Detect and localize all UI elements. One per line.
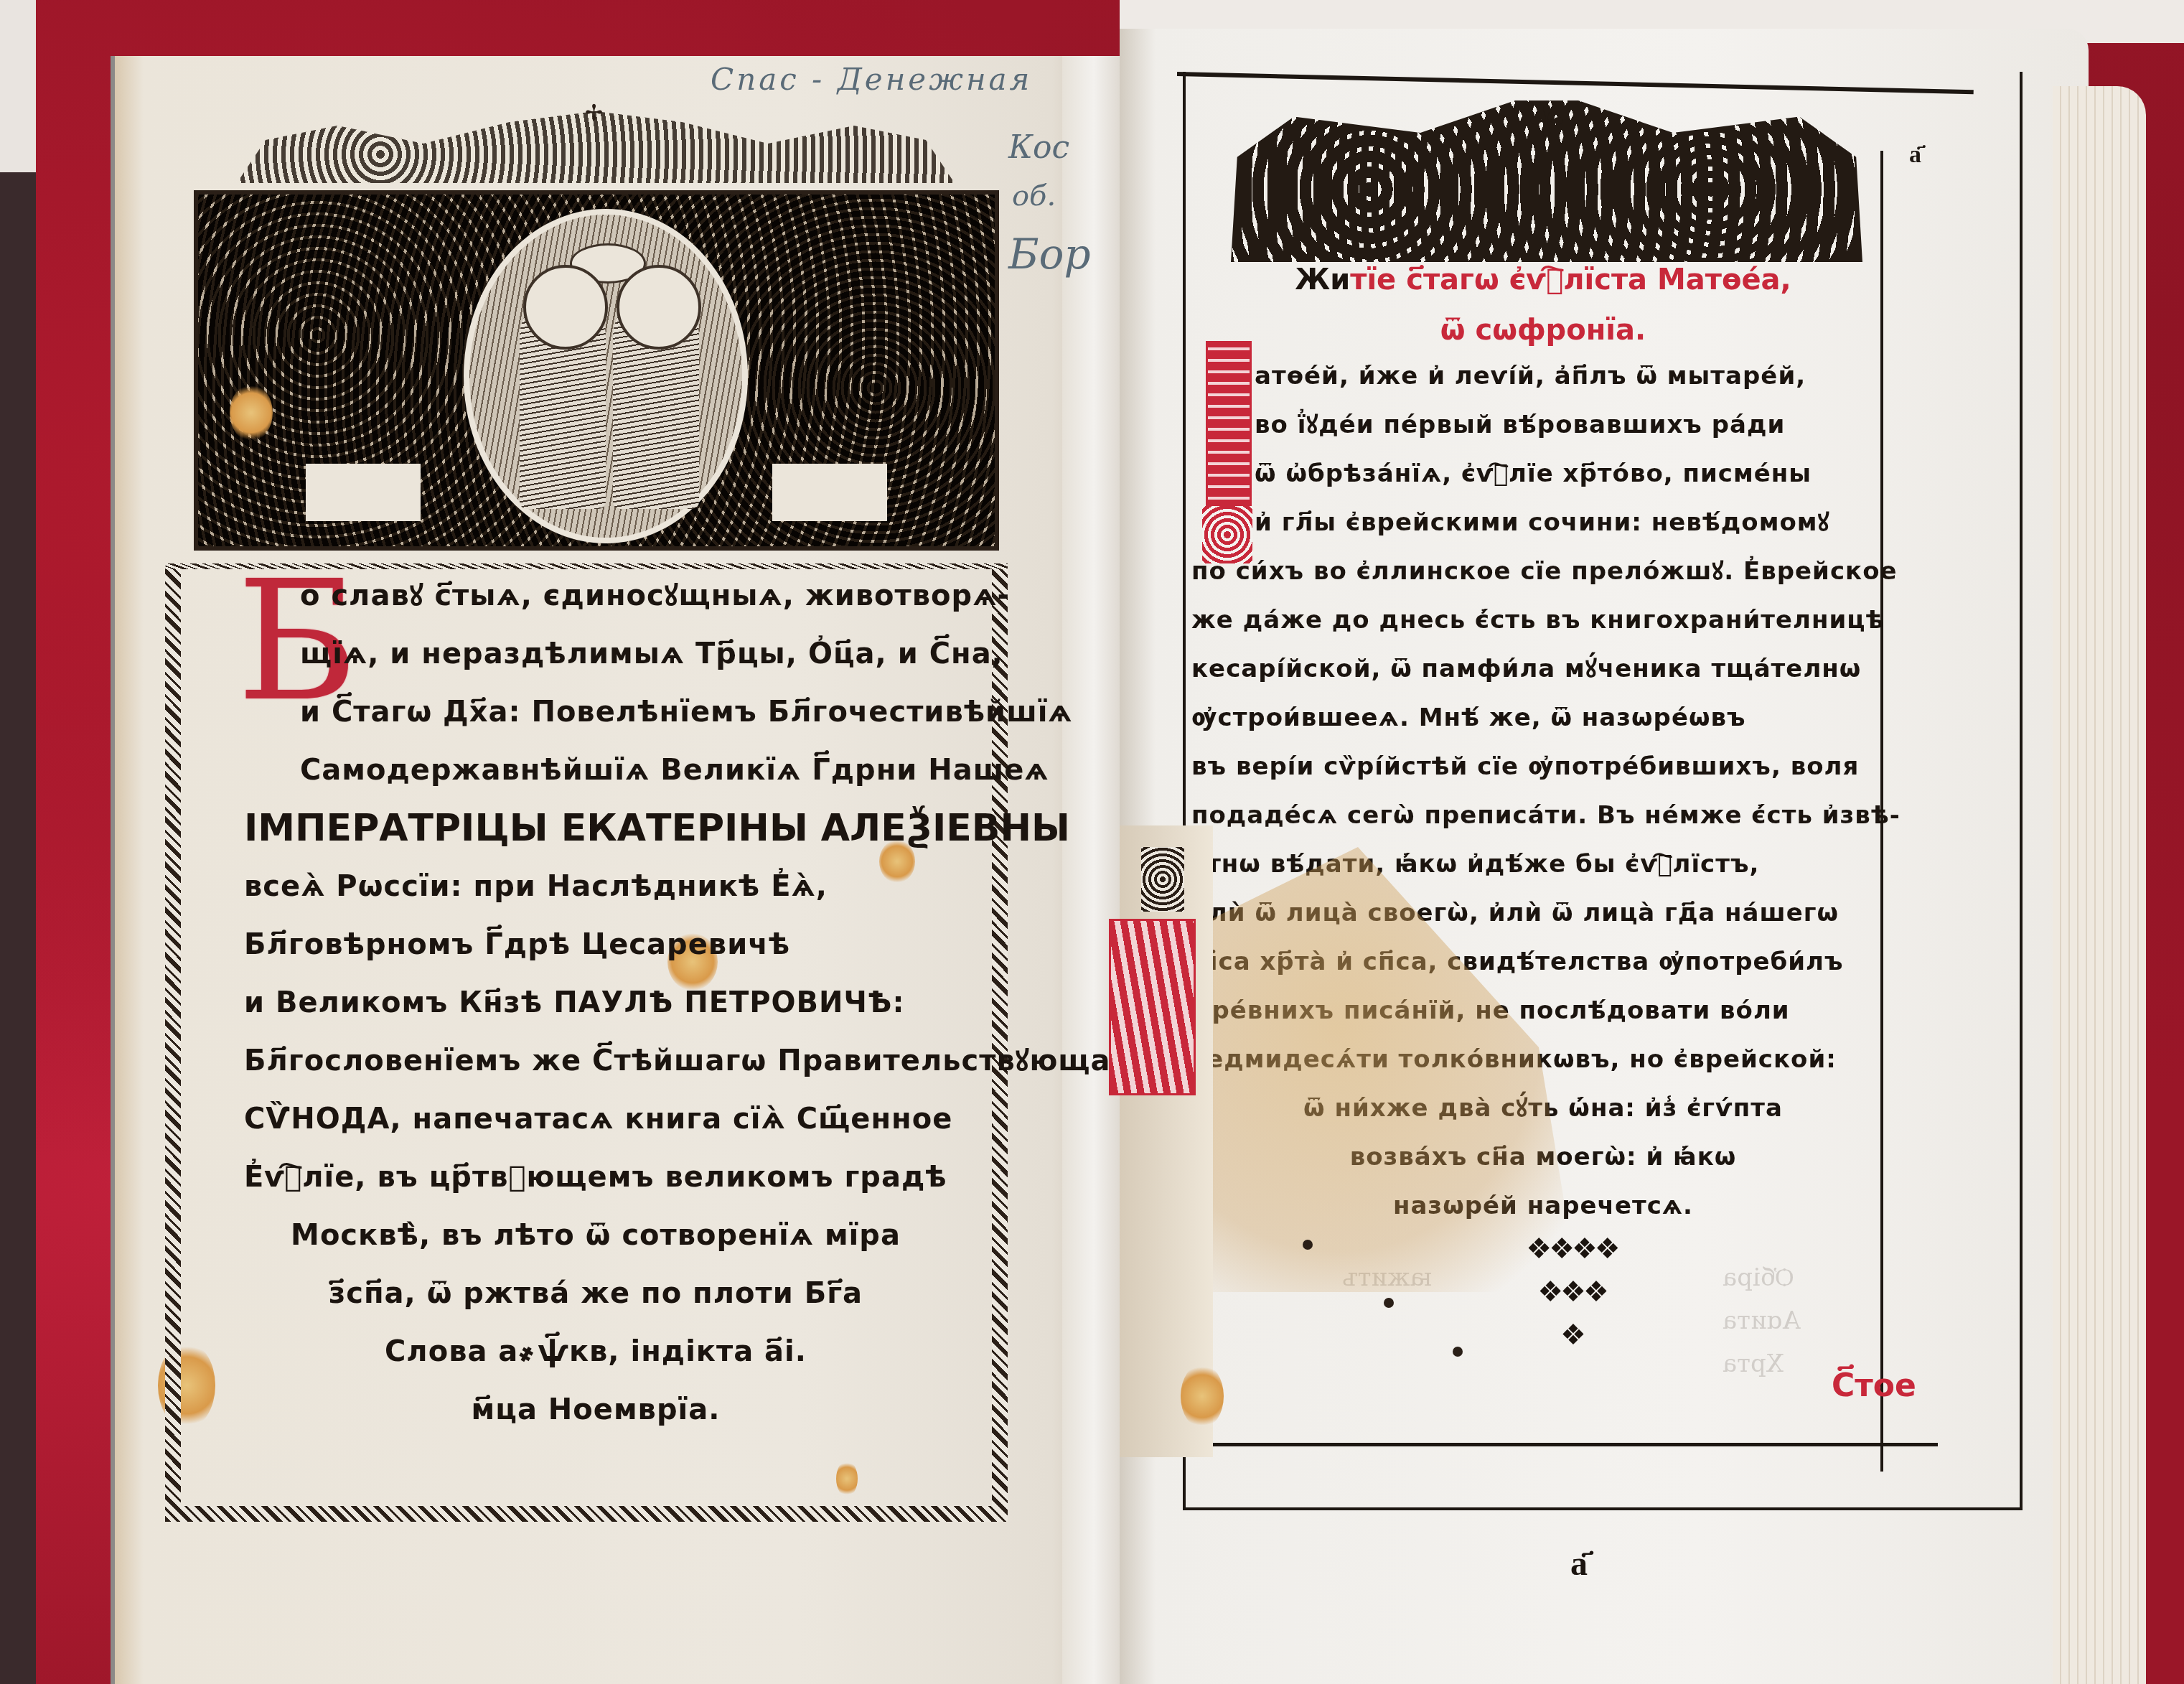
title-initial: Жи: [1295, 263, 1350, 296]
text-line: Бл҃гословенїемъ же С҃тѣйшагѡ Правительст…: [244, 1032, 947, 1090]
frame-rule-bottom: [1191, 1443, 1938, 1446]
text-line: ѹ҆строи́вшееѧ. Мнѣ́ же, ѿ назѡре́ѡвъ: [1191, 693, 1895, 742]
text-line: Бл҃говѣрномъ Г҃дрѣ Цесаревичѣ: [244, 916, 947, 974]
catchword: С҃тое: [1832, 1367, 1916, 1404]
text-line: подаде́сѧ сегѡ̀ преписа́ти. Въ не́мже є҆…: [1191, 791, 1895, 840]
figure-father: [613, 294, 699, 509]
fragment-ornament: [1141, 847, 1184, 912]
handwritten-note: об.: [1012, 179, 1056, 212]
text-line: атѳе́й, и҆́же и҆ леѵі́й, а҆п҃лъ ѿ мытаре…: [1255, 352, 1893, 401]
title-red-text: тїе с҃тагѡ є҆ѵⷢ҇лїста Матѳе́а,: [1350, 263, 1791, 296]
fleuron-row: ❖❖❖❖: [1478, 1227, 1665, 1271]
foxing-stain: [230, 384, 273, 441]
red-drop-cap-ornament: [1206, 341, 1252, 510]
text-line: всеѧ̀ Рѡссїи: при Наслѣдникѣ Е҆ѧ̀,: [244, 858, 947, 916]
woodcut-oval-medallion: [464, 209, 748, 543]
text-line: Е҆ѵⷢ҇лїе, въ цр҃твꙋющемъ великомъ градѣ: [244, 1149, 947, 1207]
woodcut-trinity-illustration: [194, 190, 999, 551]
text-line: СѶНОДА, напечатасѧ книга сїѧ̀ Сщ҃енное: [244, 1090, 947, 1149]
cross-icon: ✢: [1529, 97, 1565, 147]
halo-icon: [523, 265, 608, 350]
printer-dot: [1384, 1298, 1394, 1308]
text-line: во ї҆ꙋде́и пе́рвый вѣ́ровавшихъ ра́ди: [1255, 401, 1893, 449]
handwritten-note: Бор: [1008, 230, 1091, 279]
halo-icon: [617, 265, 701, 350]
cross-icon: ✢: [585, 100, 603, 126]
printer-dot: [1453, 1347, 1463, 1357]
text-line: и҆ гл҃ы є҆врейскими сочини: невѣ́домомꙋ: [1255, 498, 1893, 547]
title-page-text: о славꙋ с҃тыѧ, єдиносꙋщныѧ, животворѧ- щ…: [244, 567, 947, 1439]
text-line: же да́же до днесь є҆́сть въ книгохрани́т…: [1191, 596, 1895, 645]
text-line: Москвѣ̀, въ лѣто ѿ сотворенїѧ мїра: [244, 1207, 947, 1265]
text-line: щїѧ, и нераздѣлимыѧ Тр҃цы, О҆ц҃а, и С҃на…: [244, 625, 947, 683]
page-signature: а҃: [1570, 1543, 1588, 1584]
text-line: въ вері́и сѷрі́йстѣй сїе ѹ҆потре́бившихъ…: [1191, 742, 1895, 791]
text-line-empress: ІМПЕРАТРІЦЫ ЕКАТЕРІНЫ АЛЕѮІЕВНЫ: [244, 800, 947, 858]
title-line-2: ѿ сѡфронїа.: [1249, 305, 1837, 355]
fragment-red-initial: [1109, 919, 1196, 1095]
title-line-1: Житїе с҃тагѡ є҆ѵⷢ҇лїста Матѳе́а,: [1249, 255, 1837, 305]
text-line: кесарі́йской, ѿ памфи́ла мꙋ́ченика тща́т…: [1191, 645, 1895, 693]
woodcut-bracket: [306, 464, 421, 521]
figure-christ: [520, 294, 606, 509]
fleuron-row: ❖❖❖: [1478, 1271, 1665, 1314]
foxing-stain: [1181, 1364, 1224, 1428]
text-line-date: з҃сп҃а, ѿ ржтва́ же по плоти Бг҃а: [244, 1265, 947, 1323]
table-edge: [0, 172, 36, 1684]
page-block-edges: [2053, 86, 2146, 1684]
text-line-grand-duke: и Великомъ Кн҃зѣ ПАУЛѢ ПЕТРОВИЧѢ:: [244, 974, 947, 1032]
text-line: о славꙋ с҃тыѧ, єдиносꙋщныѧ, животворѧ-: [244, 567, 947, 625]
handwritten-note: Кос: [1008, 129, 1069, 166]
text-line: ѿ ѡ҆брѣза́нїѧ, є҆ѵⷢ҇лїе хр҃то́во, писме́…: [1255, 449, 1893, 498]
printer-dot: [1303, 1240, 1313, 1250]
text-line: Самодержавнѣйшїѧ Великїѧ Г҃дрни Нашеѧ: [244, 742, 947, 800]
text-line-date: Слова а҂ѱ҃кв, індікта а҃і.: [244, 1323, 947, 1381]
chapter-title: Житїе с҃тагѡ є҆ѵⷢ҇лїста Матѳе́а, ѿ сѡфро…: [1249, 255, 1837, 355]
body-text: атѳе́й, и҆́же и҆ леѵі́й, а҆п҃лъ ѿ мытаре…: [1255, 352, 1893, 547]
handwritten-note: Спас - Денежная: [711, 62, 1032, 97]
text-line: и С҃тагѡ Дх҃а: Повелѣнїемъ Бл҃гочестивѣй…: [244, 683, 947, 742]
ornament-tailpiece: ❖❖❖❖ ❖❖❖ ❖: [1478, 1227, 1665, 1357]
fleuron-row: ❖: [1478, 1314, 1665, 1357]
text-line: по си́хъ во є҆ллинское сїе прело́жшꙋ. Е҆…: [1191, 547, 1895, 596]
folio-number: а҃: [1909, 140, 1921, 169]
woodcut-bracket: [772, 464, 887, 521]
text-line-month: м҃ца Ноемврїа.: [244, 1381, 947, 1439]
